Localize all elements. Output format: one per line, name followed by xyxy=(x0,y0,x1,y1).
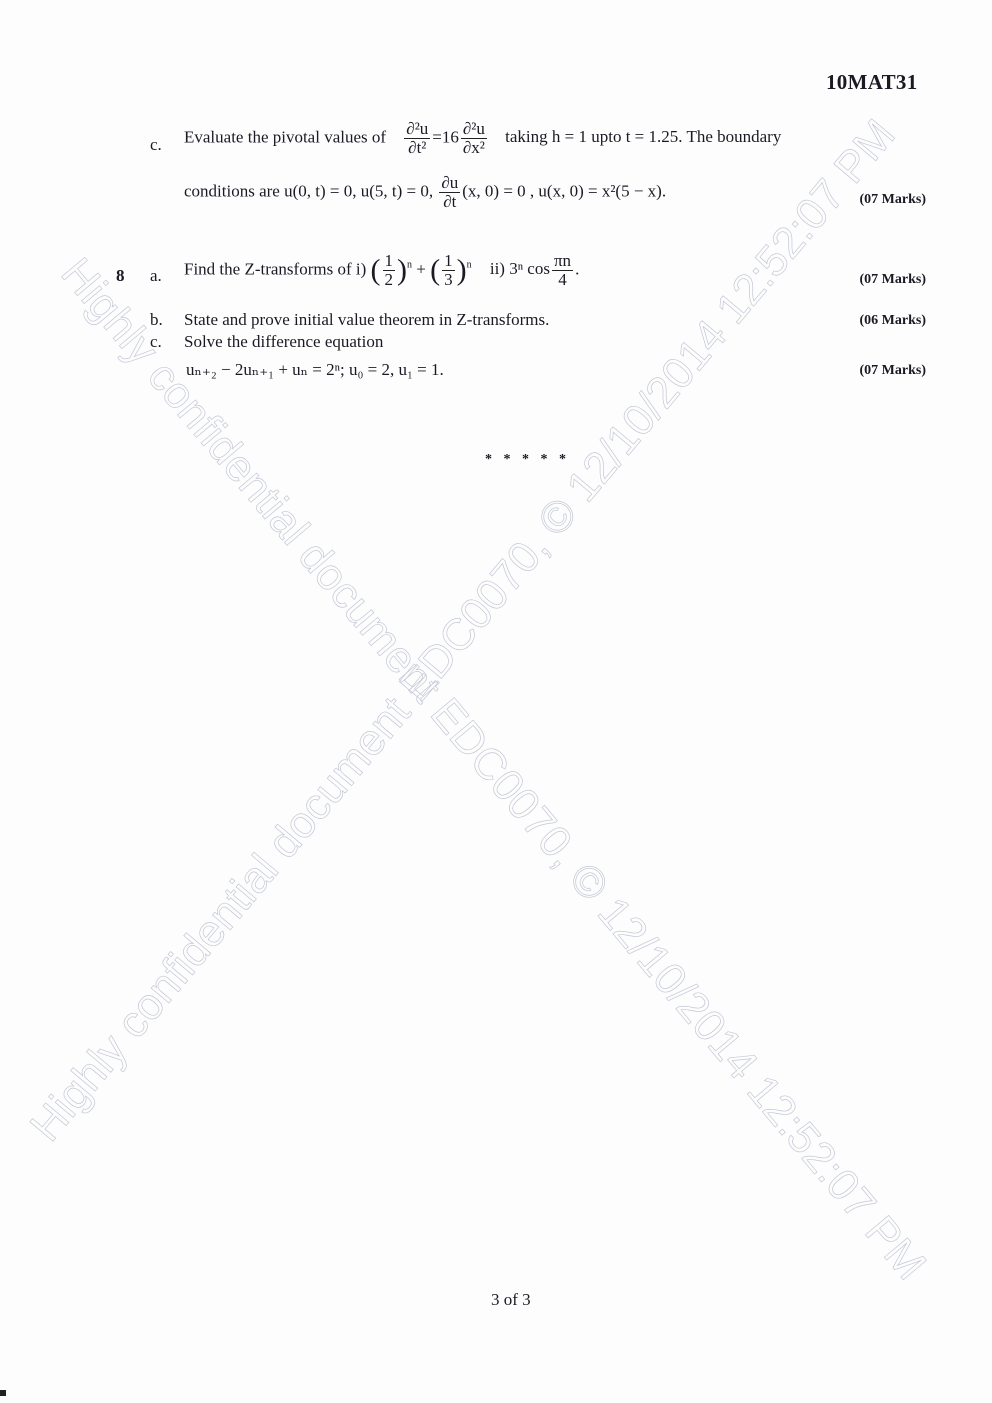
question-label: b. xyxy=(150,310,163,330)
question-label: a. xyxy=(150,266,162,286)
question-number: 8 xyxy=(116,266,125,286)
equation-fraction: ∂u∂t xyxy=(439,174,460,211)
marks: (07 Marks) xyxy=(860,192,927,208)
equation-fraction: 12 xyxy=(383,252,396,289)
question-label: c. xyxy=(150,332,162,352)
question-label: c. xyxy=(150,135,162,155)
difference-equation: uₙ₊₂ − 2uₙ₊₁ + uₙ = 2ⁿ; u₀ = 2, u₁ = 1. xyxy=(186,360,444,380)
question-8c: Solve the difference equation xyxy=(184,332,383,352)
equation-fraction: πn4 xyxy=(552,252,573,289)
marks: (07 Marks) xyxy=(860,272,927,288)
equation-fraction: ∂²u∂x² xyxy=(461,120,487,157)
marks: (06 Marks) xyxy=(860,313,927,329)
equation-fraction: ∂²u∂t² xyxy=(404,120,430,157)
watermark: Highly confidential document EDC0070, © … xyxy=(51,249,936,1290)
question-7c-line1: Evaluate the pivotal values of ∂²u∂t²=16… xyxy=(184,120,781,157)
page-number: 3 of 3 xyxy=(491,1290,531,1310)
question-8a: Find the Z-transforms of i) (12)n + (13)… xyxy=(184,252,579,289)
equation-fraction: 13 xyxy=(442,252,455,289)
question-8b: State and prove initial value theorem in… xyxy=(184,310,549,330)
marks: (07 Marks) xyxy=(860,363,927,379)
scan-mark xyxy=(0,1390,6,1396)
subject-code: 10MAT31 xyxy=(826,70,918,95)
end-marker: * * * * * xyxy=(485,452,570,468)
question-7c-line2: conditions are u(0, t) = 0, u(5, t) = 0,… xyxy=(184,174,666,211)
